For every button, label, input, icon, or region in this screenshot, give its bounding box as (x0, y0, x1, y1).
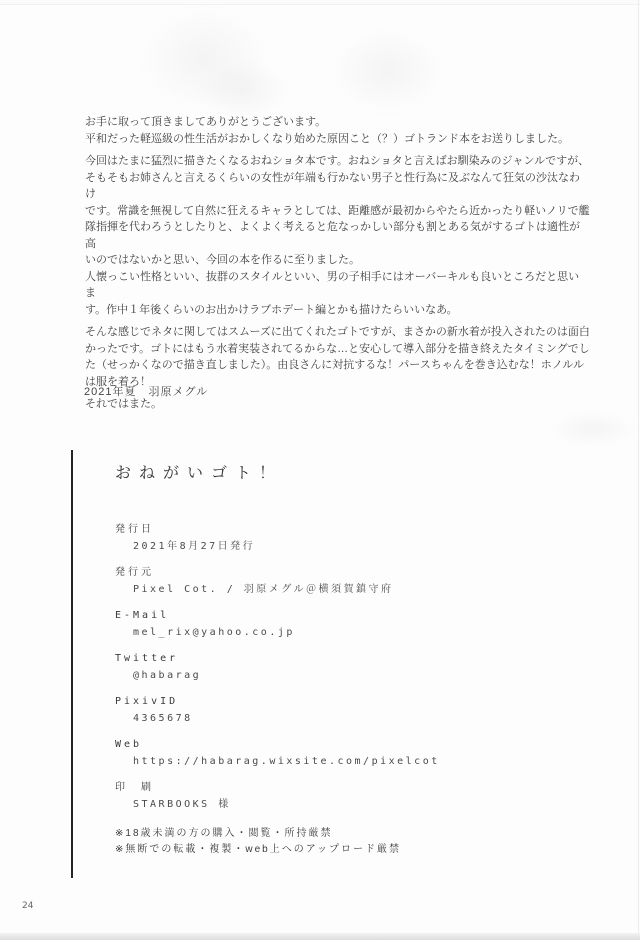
colophon-entry-email: E-Mail mel_rix@yahoo.co.jp (115, 607, 531, 641)
colophon-entry-twitter: Twitter @habarag (115, 650, 531, 684)
no-reupload-note: ※無断での転載・複製・web上へのアップロード厳禁 (115, 842, 531, 858)
page-number: 24 (22, 900, 33, 912)
publisher-value: Pixel Cot. / 羽原メグル＠横須賀鎮守府 (115, 581, 531, 598)
email-label: E-Mail (115, 607, 531, 624)
scan-edge-bottom (0, 933, 640, 940)
afterword-paragraph: 今回はたまに猛烈に描きたくなるおねショタ本です。おねショタと言えばお馴染みのジャ… (85, 153, 590, 318)
book-title: おねがいゴト！ (115, 463, 531, 485)
pixiv-id: 4365678 (115, 710, 531, 727)
printer-value: STARBOOKS 様 (115, 796, 531, 813)
scan-edge-right (638, 0, 639, 940)
publish-date-value: 2021年8月27日発行 (115, 538, 531, 555)
scanned-afterword-page: お手に取って頂きましてありがとうございます。 平和だった軽巡級の性生活がおかしく… (0, 0, 640, 940)
afterword-paragraph: お手に取って頂きましてありがとうございます。 平和だった軽巡級の性生活がおかしく… (85, 114, 590, 147)
age-restriction-note: ※18歳未満の方の購入・閲覧・所持厳禁 (115, 826, 531, 842)
colophon-entry-web: Web https://habarag.wixsite.com/pixelcot (115, 736, 531, 770)
colophon-entry-publisher: 発行元 Pixel Cot. / 羽原メグル＠横須賀鎮守府 (115, 564, 531, 598)
bleed-through-ghost (140, 6, 270, 111)
colophon-entry-pixiv: PixivID 4365678 (115, 693, 531, 727)
twitter-label: Twitter (115, 650, 531, 667)
scan-edge-top (0, 0, 640, 5)
afterword-paragraph: そんな感じでネタに関してはスムーズに出てくれたゴトですが、まさかの新水着が投入さ… (85, 324, 590, 390)
pixiv-label: PixivID (115, 693, 531, 710)
printer-label: 印 刷 (115, 779, 531, 796)
web-url: https://habarag.wixsite.com/pixelcot (115, 753, 531, 770)
author-signature: 2021年夏 羽原メグル (84, 384, 208, 400)
colophon-entry-publish-date: 発行日 2021年8月27日発行 (115, 521, 531, 555)
twitter-handle: @habarag (115, 667, 531, 684)
email-value: mel_rix@yahoo.co.jp (115, 624, 531, 641)
colophon-box: おねがいゴト！ 発行日 2021年8月27日発行 発行元 Pixel Cot. … (71, 450, 531, 878)
web-label: Web (115, 736, 531, 753)
colophon-entries: 発行日 2021年8月27日発行 発行元 Pixel Cot. / 羽原メグル＠… (115, 521, 531, 813)
afterword-text: お手に取って頂きましてありがとうございます。 平和だった軽巡級の性生活がおかしく… (85, 114, 590, 419)
colophon-entry-printer: 印 刷 STARBOOKS 様 (115, 779, 531, 813)
bleed-through-ghost (200, 60, 290, 120)
legal-notes: ※18歳未満の方の購入・閲覧・所持厳禁 ※無断での転載・複製・web上へのアップ… (115, 826, 531, 858)
bleed-through-ghost (330, 28, 445, 113)
publisher-label: 発行元 (115, 564, 531, 581)
publish-date-label: 発行日 (115, 521, 531, 538)
